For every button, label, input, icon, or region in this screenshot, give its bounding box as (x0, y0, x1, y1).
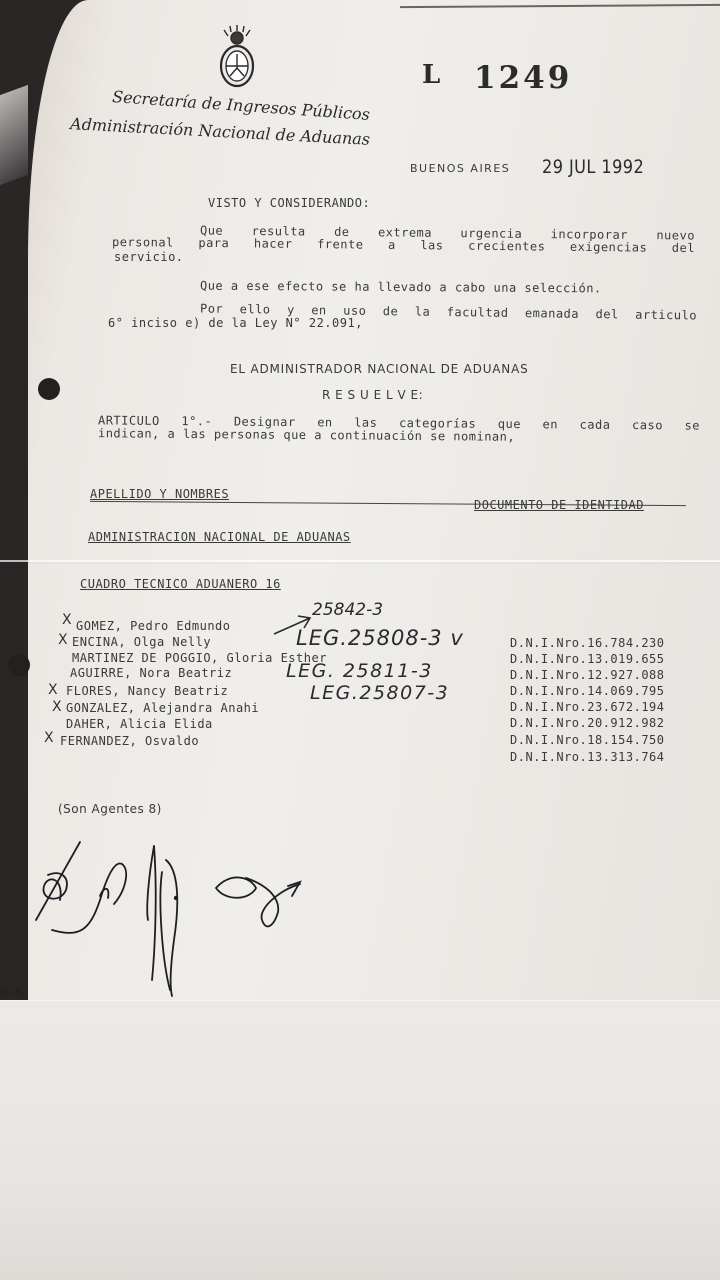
handwritten-note: LEG. 25811-3 (286, 660, 433, 682)
dni-number: D.N.I.Nro.18.154.750 (510, 733, 665, 747)
dni-number: D.N.I.Nro.12.927.088 (510, 668, 665, 682)
handwritten-note: LEG.25807-3 (310, 682, 449, 704)
column-header-document: DOCUMENTO DE IDENTIDAD (474, 498, 644, 512)
person-name: FLORES, Nancy Beatriz (66, 684, 228, 698)
person-name: ENCINA, Olga Nelly (72, 635, 211, 649)
considering-para-1-line-3: servicio. (114, 250, 184, 264)
column-header-name: APELLIDO Y NOMBRES (90, 487, 229, 501)
check-mark: X (62, 612, 72, 628)
document-lower-section (0, 1000, 720, 1280)
person-name: GONZALEZ, Alejandra Anahi (66, 701, 259, 715)
considering-para-3-line-2: 6° inciso e) de la Ley N° 22.091, (108, 316, 363, 330)
resolves-heading: R E S U E L V E: (322, 388, 423, 402)
handwritten-note: LEG.25808-3 v (296, 626, 464, 650)
resolution-prefix: L (422, 60, 443, 90)
person-name: FERNANDEZ, Osvaldo (60, 734, 199, 748)
person-name: AGUIRRE, Nora Beatriz (70, 666, 232, 680)
signatures (30, 820, 330, 1000)
considering-heading: VISTO Y CONSIDERANDO: (208, 196, 370, 210)
punch-hole (8, 654, 30, 676)
argentina-coat-of-arms-icon (218, 24, 256, 90)
handwritten-note: 25842-3 (312, 600, 383, 620)
check-mark: X (44, 730, 54, 746)
agency-heading: ADMINISTRACION NACIONAL DE ADUANAS (88, 530, 351, 544)
punch-hole (38, 378, 60, 400)
check-mark: X (52, 699, 62, 715)
background-object (0, 85, 28, 185)
check-mark: X (48, 682, 58, 698)
dni-number: D.N.I.Nro.14.069.795 (510, 684, 665, 698)
paper-fold (0, 560, 720, 562)
category-heading: CUADRO TECNICO ADUANERO 16 (80, 577, 281, 591)
person-name: GOMEZ, Pedro Edmundo (76, 619, 231, 633)
check-mark: X (58, 632, 68, 648)
dni-number: D.N.I.Nro.13.019.655 (510, 652, 665, 666)
date-stamp: 29 JUL 1992 (542, 156, 644, 178)
dni-number: D.N.I.Nro.23.672.194 (510, 700, 665, 714)
form-code: 0-A (0, 986, 22, 999)
person-name: DAHER, Alicia Elida (66, 717, 213, 731)
dni-number: D.N.I.Nro.13.313.764 (510, 750, 665, 764)
considering-para-2: Que a ese efecto se ha llevado a cabo un… (200, 279, 602, 296)
authority-heading: EL ADMINISTRADOR NACIONAL DE ADUANAS (230, 362, 529, 376)
dni-number: D.N.I.Nro.20.912.982 (510, 716, 665, 730)
agent-count-note: (Son Agentes 8) (58, 802, 162, 816)
dni-number: D.N.I.Nro.16.784.230 (510, 636, 665, 650)
resolution-number: 1249 (474, 60, 572, 96)
place-label: BUENOS AIRES (410, 162, 510, 175)
